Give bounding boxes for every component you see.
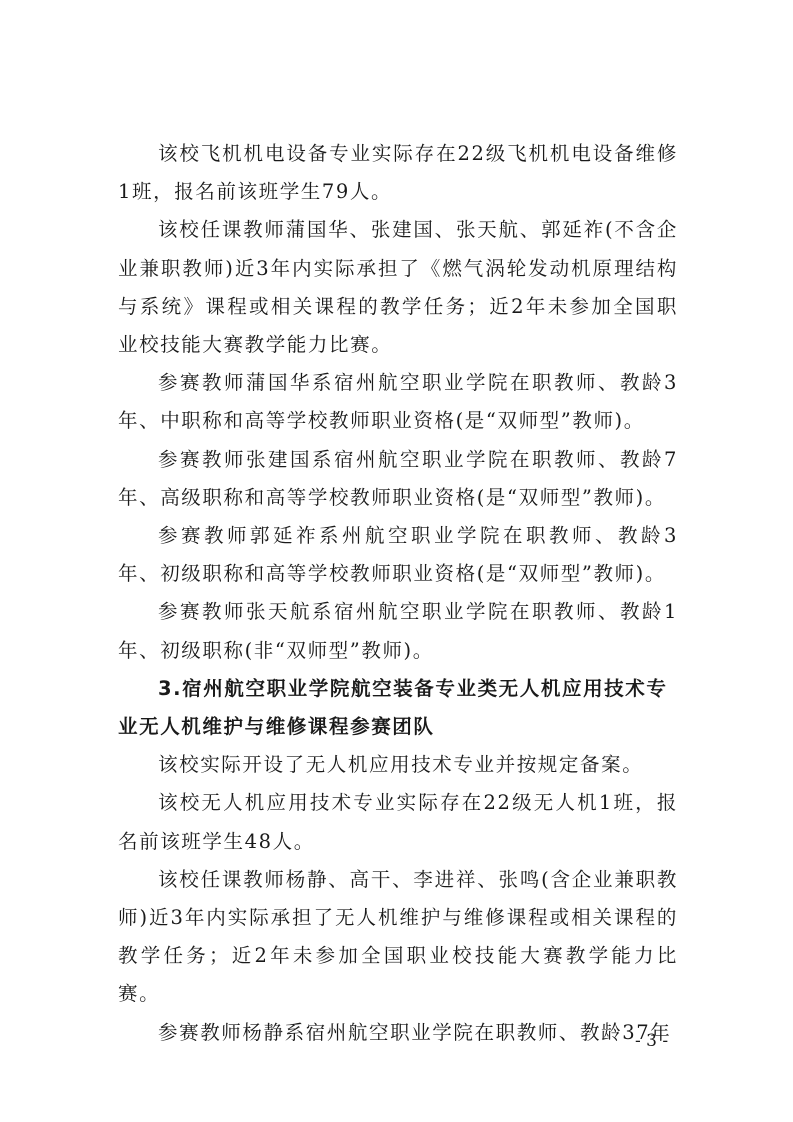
- paragraph-teacher-pu-guohua: 参赛教师蒲国华系宿州航空职业学院在职教师、教龄3年、中职称和高等学校教师职业资格…: [118, 364, 678, 440]
- paragraph-major-setup: 该校实际开设了无人机应用技术专业并按规定备案。: [118, 746, 678, 784]
- document-body: 该校飞机机电设备专业实际存在22级飞机机电设备维修1班，报名前该班学生79人。 …: [118, 135, 678, 1052]
- paragraph-teacher-zhang-tianhang: 参赛教师张天航系宿州航空职业学院在职教师、教龄1年、初级职称(非“双师型”教师)…: [118, 593, 678, 669]
- page-number: - 3 -: [635, 1031, 668, 1051]
- paragraph-teacher-yang-jing: 参赛教师杨静系宿州航空职业学院在职教师、教龄37年: [118, 1014, 678, 1052]
- section-heading-drone-team: 3.宿州航空职业学院航空装备专业类无人机应用技术专业无人机维护与维修课程参赛团队: [118, 670, 678, 746]
- paragraph-class-enrollment: 该校飞机机电设备专业实际存在22级飞机机电设备维修1班，报名前该班学生79人。: [118, 135, 678, 211]
- paragraph-drone-class-enrollment: 该校无人机应用技术专业实际存在22级无人机1班，报名前该班学生48人。: [118, 784, 678, 860]
- paragraph-teacher-guo-yanzuo: 参赛教师郭延祚系州航空职业学院在职教师、教龄3年、初级职称和高等学校教师职业资格…: [118, 517, 678, 593]
- paragraph-course-teachers: 该校任课教师蒲国华、张建国、张天航、郭延祚(不含企业兼职教师)近3年内实际承担了…: [118, 211, 678, 364]
- paragraph-teacher-zhang-jianguo: 参赛教师张建国系宿州航空职业学院在职教师、教龄7年、高级职称和高等学校教师职业资…: [118, 441, 678, 517]
- paragraph-drone-course-teachers: 该校任课教师杨静、高干、李进祥、张鸣(含企业兼职教师)近3年内实际承担了无人机维…: [118, 861, 678, 1014]
